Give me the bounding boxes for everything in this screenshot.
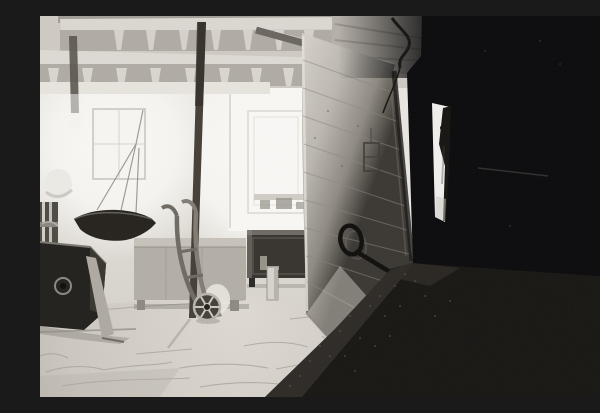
photograph: Black-and-white photograph of an old mil…	[40, 16, 600, 397]
film-grain-overlay	[40, 16, 600, 397]
mill-interior-scene: Black-and-white photograph of an old mil…	[40, 16, 600, 397]
